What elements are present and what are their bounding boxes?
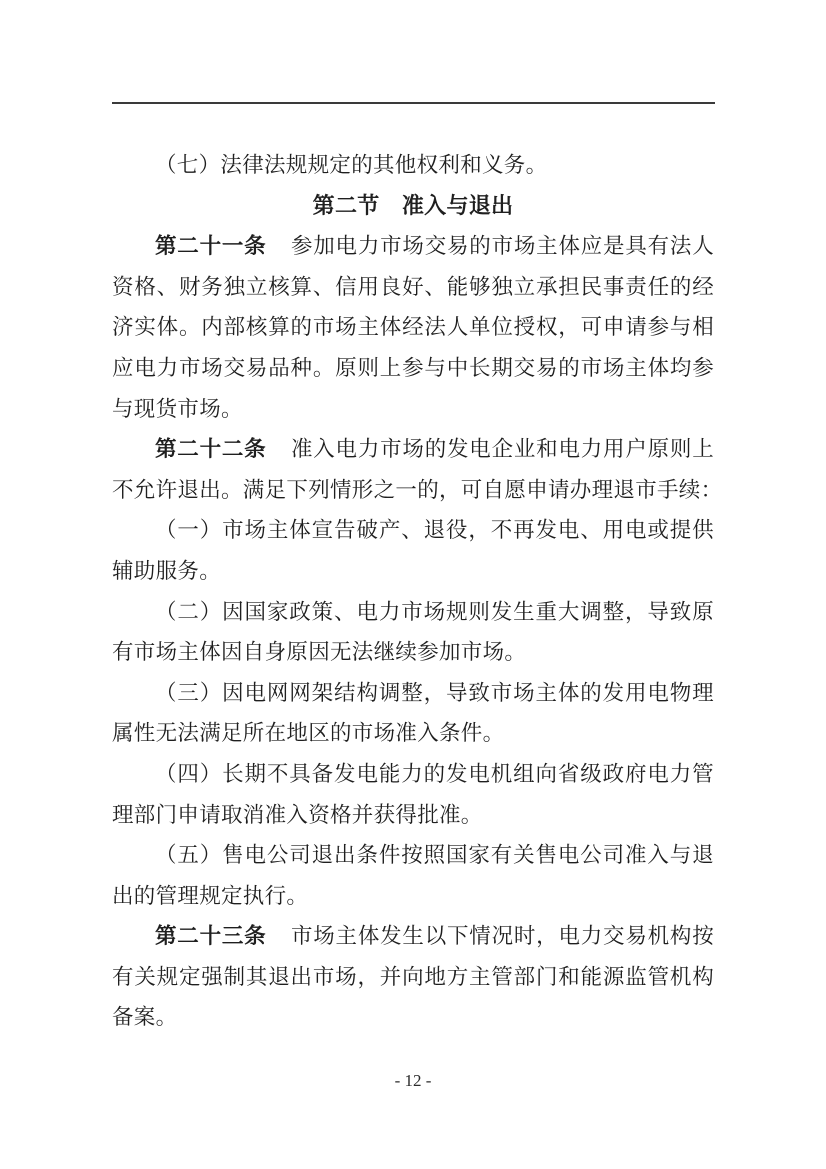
text-line: 辅助服务。 xyxy=(112,551,714,592)
list-item-line: （四）长期不具备发电能力的发电机组向省级政府电力管 xyxy=(112,754,714,795)
article-number: 第二十一条 xyxy=(155,234,266,258)
text-line: 属性无法满足所在地区的市场准入条件。 xyxy=(112,713,714,754)
text-line: 有市场主体因自身原因无法继续参加市场。 xyxy=(112,632,714,673)
document-content: （七）法律法规规定的其他权利和义务。 第二节 准入与退出 第二十一条参加电力市场… xyxy=(112,145,714,1038)
document-page: （七）法律法规规定的其他权利和义务。 第二节 准入与退出 第二十一条参加电力市场… xyxy=(0,0,826,1169)
text-line: 理部门申请取消准入资格并获得批准。 xyxy=(112,795,714,836)
text-line: 出的管理规定执行。 xyxy=(112,876,714,917)
page-number: - 12 - xyxy=(395,1071,432,1090)
page-footer: - 12 - xyxy=(112,1070,714,1092)
text-line: 与现货市场。 xyxy=(112,389,714,430)
text-line: （七）法律法规规定的其他权利和义务。 xyxy=(112,145,714,186)
article-text: 参加电力市场交易的市场主体应是具有法人 xyxy=(290,234,714,258)
text-line: 济实体。内部核算的市场主体经法人单位授权，可申请参与相 xyxy=(112,307,714,348)
text-line: 应电力市场交易品种。原则上参与中长期交易的市场主体均参 xyxy=(112,348,714,389)
article-text: 市场主体发生以下情况时，电力交易机构按 xyxy=(290,924,714,948)
list-item-line: （五）售电公司退出条件按照国家有关售电公司准入与退 xyxy=(112,835,714,876)
text-line: 备案。 xyxy=(112,997,714,1038)
article-text: 准入电力市场的发电企业和电力用户原则上 xyxy=(290,437,714,461)
list-item-line: （三）因电网网架结构调整，导致市场主体的发用电物理 xyxy=(112,673,714,714)
text-line: 不允许退出。满足下列情形之一的，可自愿申请办理退市手续： xyxy=(112,470,714,511)
section-heading: 第二节 准入与退出 xyxy=(112,186,714,227)
list-item-line: （二）因国家政策、电力市场规则发生重大调整，导致原 xyxy=(112,592,714,633)
article-first-line: 第二十一条参加电力市场交易的市场主体应是具有法人 xyxy=(112,226,714,267)
article-number: 第二十三条 xyxy=(155,924,266,948)
article-first-line: 第二十三条市场主体发生以下情况时，电力交易机构按 xyxy=(112,916,714,957)
header-rule xyxy=(112,102,715,104)
text-line: 资格、财务独立核算、信用良好、能够独立承担民事责任的经 xyxy=(112,267,714,308)
text-line: 有关规定强制其退出市场，并向地方主管部门和能源监管机构 xyxy=(112,957,714,998)
article-number: 第二十二条 xyxy=(155,437,266,461)
article-first-line: 第二十二条准入电力市场的发电企业和电力用户原则上 xyxy=(112,429,714,470)
list-item-line: （一）市场主体宣告破产、退役，不再发电、用电或提供 xyxy=(112,510,714,551)
